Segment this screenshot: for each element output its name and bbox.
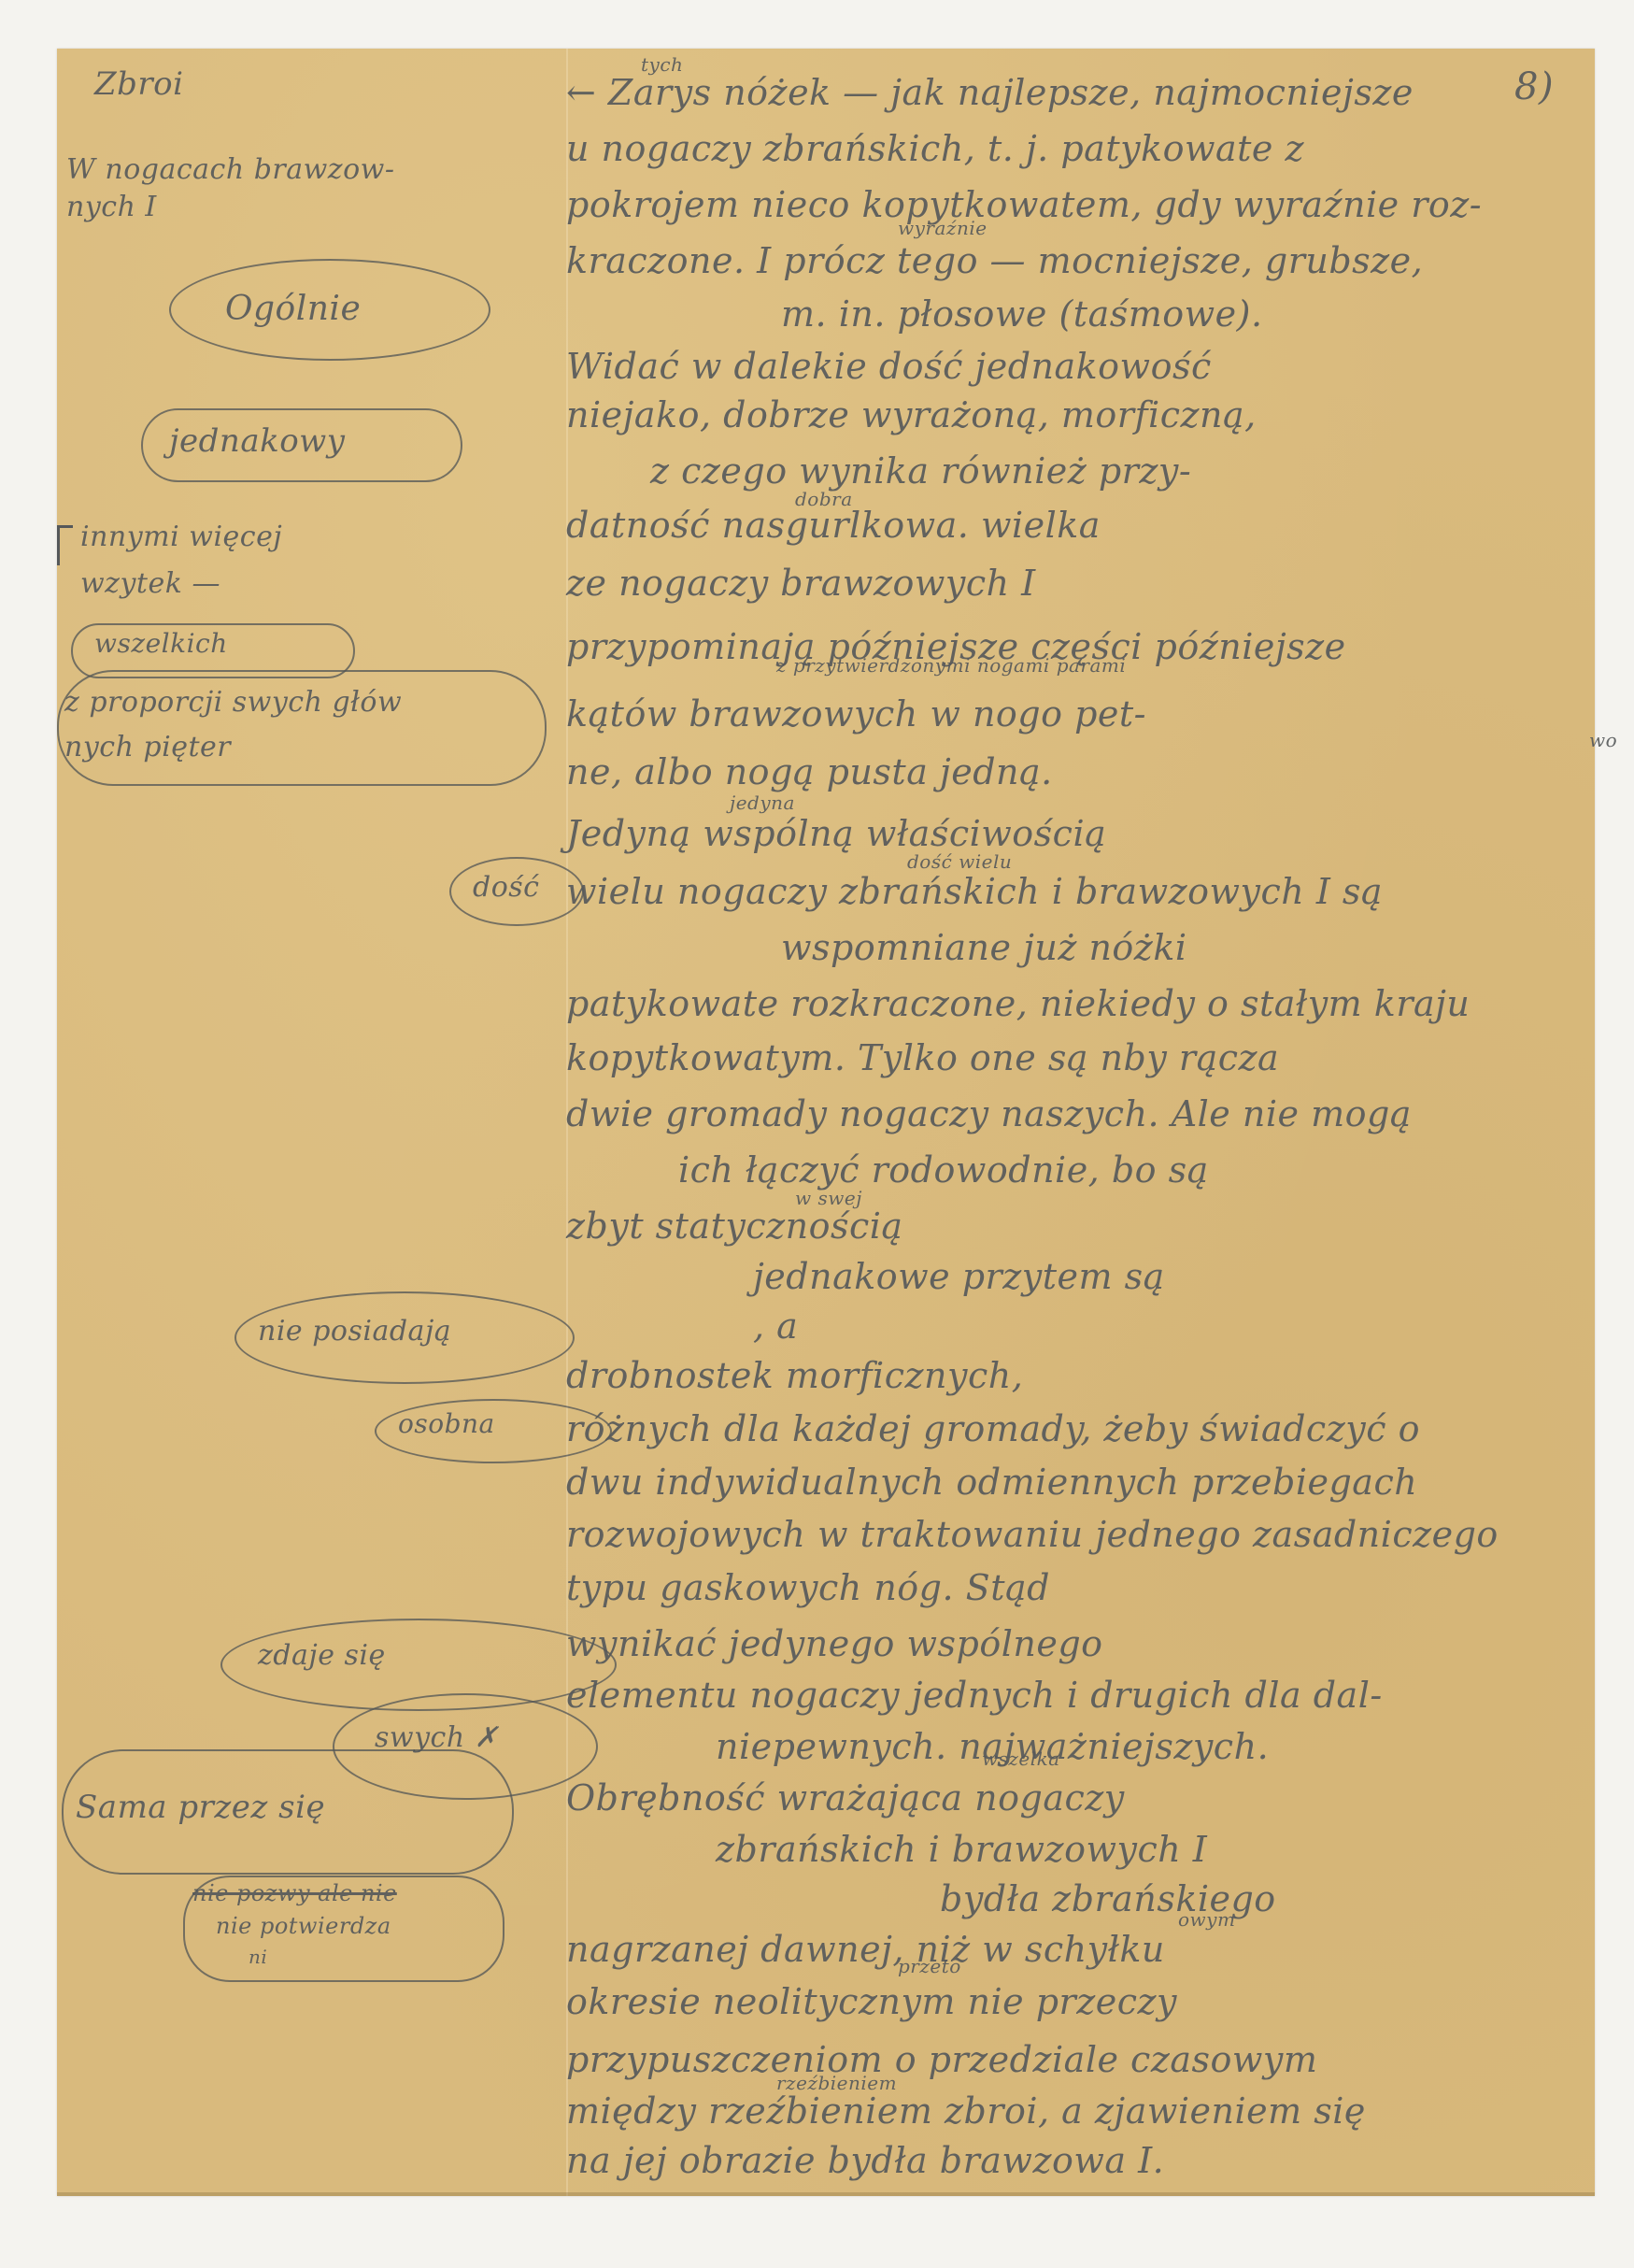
body-line-2: u nogaczy zbrańskich, t. j. patykowate z: [566, 128, 1304, 169]
body-line-4: kraczone. I prócz tego — mocniejsze, gru…: [566, 240, 1423, 281]
body-line-8: z czego wynika również przy-: [566, 450, 1191, 492]
note-eni: ni: [249, 1946, 267, 1968]
body-line-20: ich łączyć rodowodnie, bo są: [566, 1149, 1209, 1191]
note-jednakowy: jednakowy: [169, 422, 345, 460]
insert-38: rzeźbieniem: [776, 2072, 897, 2094]
insert-11: z przytwierdzonymi nogami parami: [776, 654, 1126, 677]
note-wzytek: wzytek —: [80, 567, 220, 600]
body-line-36: okresie neolitycznym nie przeczy: [566, 1981, 1177, 2022]
note-nych-piet: nych pięter: [64, 731, 231, 763]
body-line-21: zbyt statycznością: [566, 1205, 903, 1247]
insert-bracket: [57, 525, 73, 565]
note-zdaje-sie: zdaje się: [258, 1639, 386, 1672]
body-line-32: Obrębność wrażająca nogaczy: [566, 1777, 1125, 1819]
body-line-39: na jej obrazie bydła brawzowa I.: [566, 2140, 1164, 2181]
note-dosc: dość: [473, 871, 539, 904]
body-line-14: Jedyną wspólną właściwością: [566, 813, 1106, 854]
body-line-5: m. in. płosowe (taśmowe).: [566, 293, 1263, 335]
note-swych: swych ✗: [375, 1721, 498, 1754]
body-line-30: elementu nogaczy jednych i drugich dla d…: [566, 1675, 1383, 1716]
body-line-9: datność nasgurlkowa. wielka: [566, 505, 1101, 546]
body-line-12: kątów brawzowych w nogo pet-: [566, 693, 1146, 735]
page-number: 8): [1514, 65, 1554, 108]
note-osobna: osobna: [398, 1408, 495, 1439]
body-line-33: zbrańskich i brawzowych I: [566, 1829, 1207, 1870]
body-line-34: bydła zbrańskiego: [566, 1878, 1276, 1919]
body-line-1: ← Zarys nóżek — jak najlepsze, najmocnie…: [566, 72, 1414, 113]
margin-heading-2: nych I: [66, 191, 157, 223]
insert-32: wszelka: [982, 1747, 1060, 1770]
insert-15: dość wielu: [907, 850, 1012, 873]
margin-heading-1: W nogacach brawzow-: [66, 153, 394, 186]
note-ogolnie: Ogólnie: [225, 290, 361, 328]
insert-1: tych: [641, 53, 683, 76]
note-nie-posiadaja: nie posiadają: [258, 1315, 451, 1348]
body-line-24: drobnostek morficznych,: [566, 1355, 1023, 1396]
manuscript-page: Zbroi W nogacach brawzow- nych I Ogólnie…: [57, 49, 1595, 2196]
body-line-23: , a: [566, 1305, 798, 1347]
body-line-16: wspomniane już nóżki: [566, 927, 1187, 968]
note-innymi: innymi więcej: [80, 521, 282, 553]
note-sama-przez-sie: Sama przez się: [76, 1789, 325, 1826]
body-line-3: pokrojem nieco kopytkowatem, gdy wyraźni…: [566, 184, 1482, 225]
body-line-35: nagrzanej dawnej, niż w schyłku: [566, 1929, 1165, 1970]
insert-9: dobra: [795, 488, 853, 510]
insert-21: w swej: [795, 1187, 862, 1209]
note-wszelkich: wszelkich: [94, 628, 228, 659]
body-line-38: między rzeźbieniem zbroi, a zjawieniem s…: [566, 2090, 1366, 2132]
insert-14: jedyna: [730, 792, 795, 814]
insert-4: wyraźnie: [898, 217, 988, 239]
body-line-17: patykowate rozkraczone, niekiedy o stały…: [566, 983, 1470, 1024]
body-line-10: ze nogaczy brawzowych I: [566, 563, 1036, 604]
body-line-28: typu gaskowych nóg. Stąd: [566, 1567, 1050, 1608]
body-line-27: rozwojowych w traktowaniu jednego zasadn…: [566, 1514, 1499, 1555]
body-line-29: wynikać jedynego wspólnego: [566, 1623, 1103, 1664]
insert-36: przeto: [898, 1955, 961, 1977]
body-line-19: dwie gromady nogaczy naszych. Ale nie mo…: [566, 1093, 1412, 1134]
body-line-15: wielu nogaczy zbrańskich i brawzowych I …: [566, 871, 1383, 912]
body-line-31: niepewnych. najważniejszych.: [566, 1726, 1269, 1767]
body-line-6: Widać w dalekie dość jednakowość: [566, 346, 1212, 387]
body-line-7: niejako, dobrze wyrażoną, morficzną,: [566, 394, 1257, 435]
insert-13: wo: [1589, 729, 1617, 751]
body-line-18: kopytkowatym. Tylko one są nby rącza: [566, 1037, 1279, 1078]
note-proporcji: z proporcji swych głów: [64, 686, 402, 719]
body-line-22: jednakowe przytem są: [566, 1256, 1165, 1297]
page-edge: [57, 2192, 1595, 2196]
note-nie-pozwy: nie pozwy ale nie: [192, 1880, 397, 1906]
body-line-13: ne, albo nogą pusta jedną.: [566, 751, 1053, 792]
body-line-25: różnych dla każdej gromady, żeby świadcz…: [566, 1408, 1420, 1449]
insert-35: owym: [1178, 1908, 1235, 1931]
note-nie-potwierdza: nie potwierdza: [216, 1913, 391, 1939]
header-zbroi: Zbroi: [94, 65, 184, 103]
body-line-26: dwu indywidualnych odmiennych przebiegac…: [566, 1462, 1417, 1503]
body-line-37: przypuszczeniom o przedziale czasowym: [566, 2039, 1317, 2080]
